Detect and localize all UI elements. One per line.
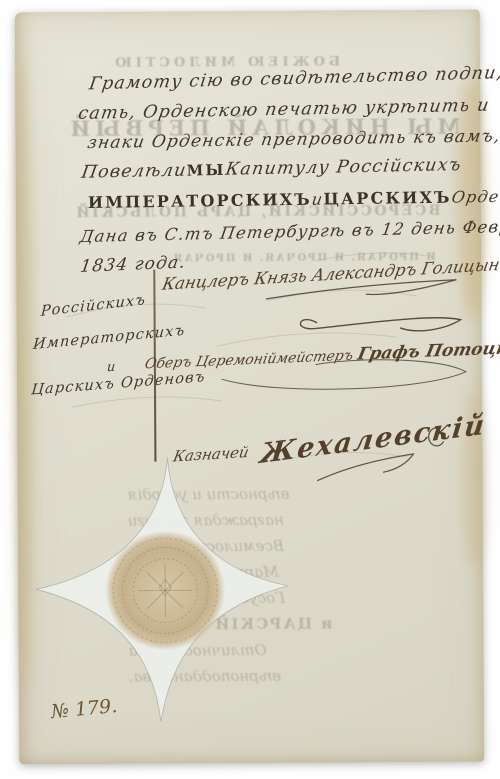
order-chapter-star-seal: [29, 451, 297, 729]
margin-text: Россійскихъ: [40, 292, 146, 320]
body-text: Повелѣли: [80, 161, 188, 183]
body-text: Орденовъ.: [450, 186, 500, 207]
margin-note-line-4: Царскихъ Орденовъ: [31, 369, 207, 398]
ceremonies-master-signature: Оберъ Церемоніймейстеръ Графъ Потоцкій: [145, 338, 500, 374]
photograph-background: БОЖІЕЮ МИЛОСТІЮ МЫ НИКОЛАЙ ПЕРВЫЙ ВСЕРОС…: [0, 0, 500, 779]
imperial-caps: ИМПЕРАТОРСКИХЪ: [88, 190, 312, 212]
signature-text: Графъ Потоцкій: [355, 338, 500, 365]
margin-note-line-2: Императорскихъ: [32, 323, 186, 353]
margin-text: Царскихъ Орденовъ: [30, 369, 206, 398]
tsarist-caps: ЦАРСКИХЪ: [323, 188, 452, 209]
royal-we-caps: МЫ: [186, 161, 225, 180]
body-text-line-4: Повелѣли МЫ Капитулу Россійскихъ: [82, 155, 462, 183]
diploma-sheet: БОЖІЕЮ МИЛОСТІЮ МЫ НИКОЛАЙ ПЕРВЫЙ ВСЕРОС…: [15, 10, 485, 765]
body-text: Капитулу Россійскихъ: [224, 155, 463, 180]
margin-note-line-3: и: [106, 359, 117, 375]
margin-text: Императорскихъ: [32, 323, 186, 353]
margin-text: и: [106, 359, 117, 375]
margin-note-line-1: Россійскихъ: [40, 292, 147, 320]
signature-title-text: Оберъ Церемоніймейстеръ: [143, 348, 354, 373]
